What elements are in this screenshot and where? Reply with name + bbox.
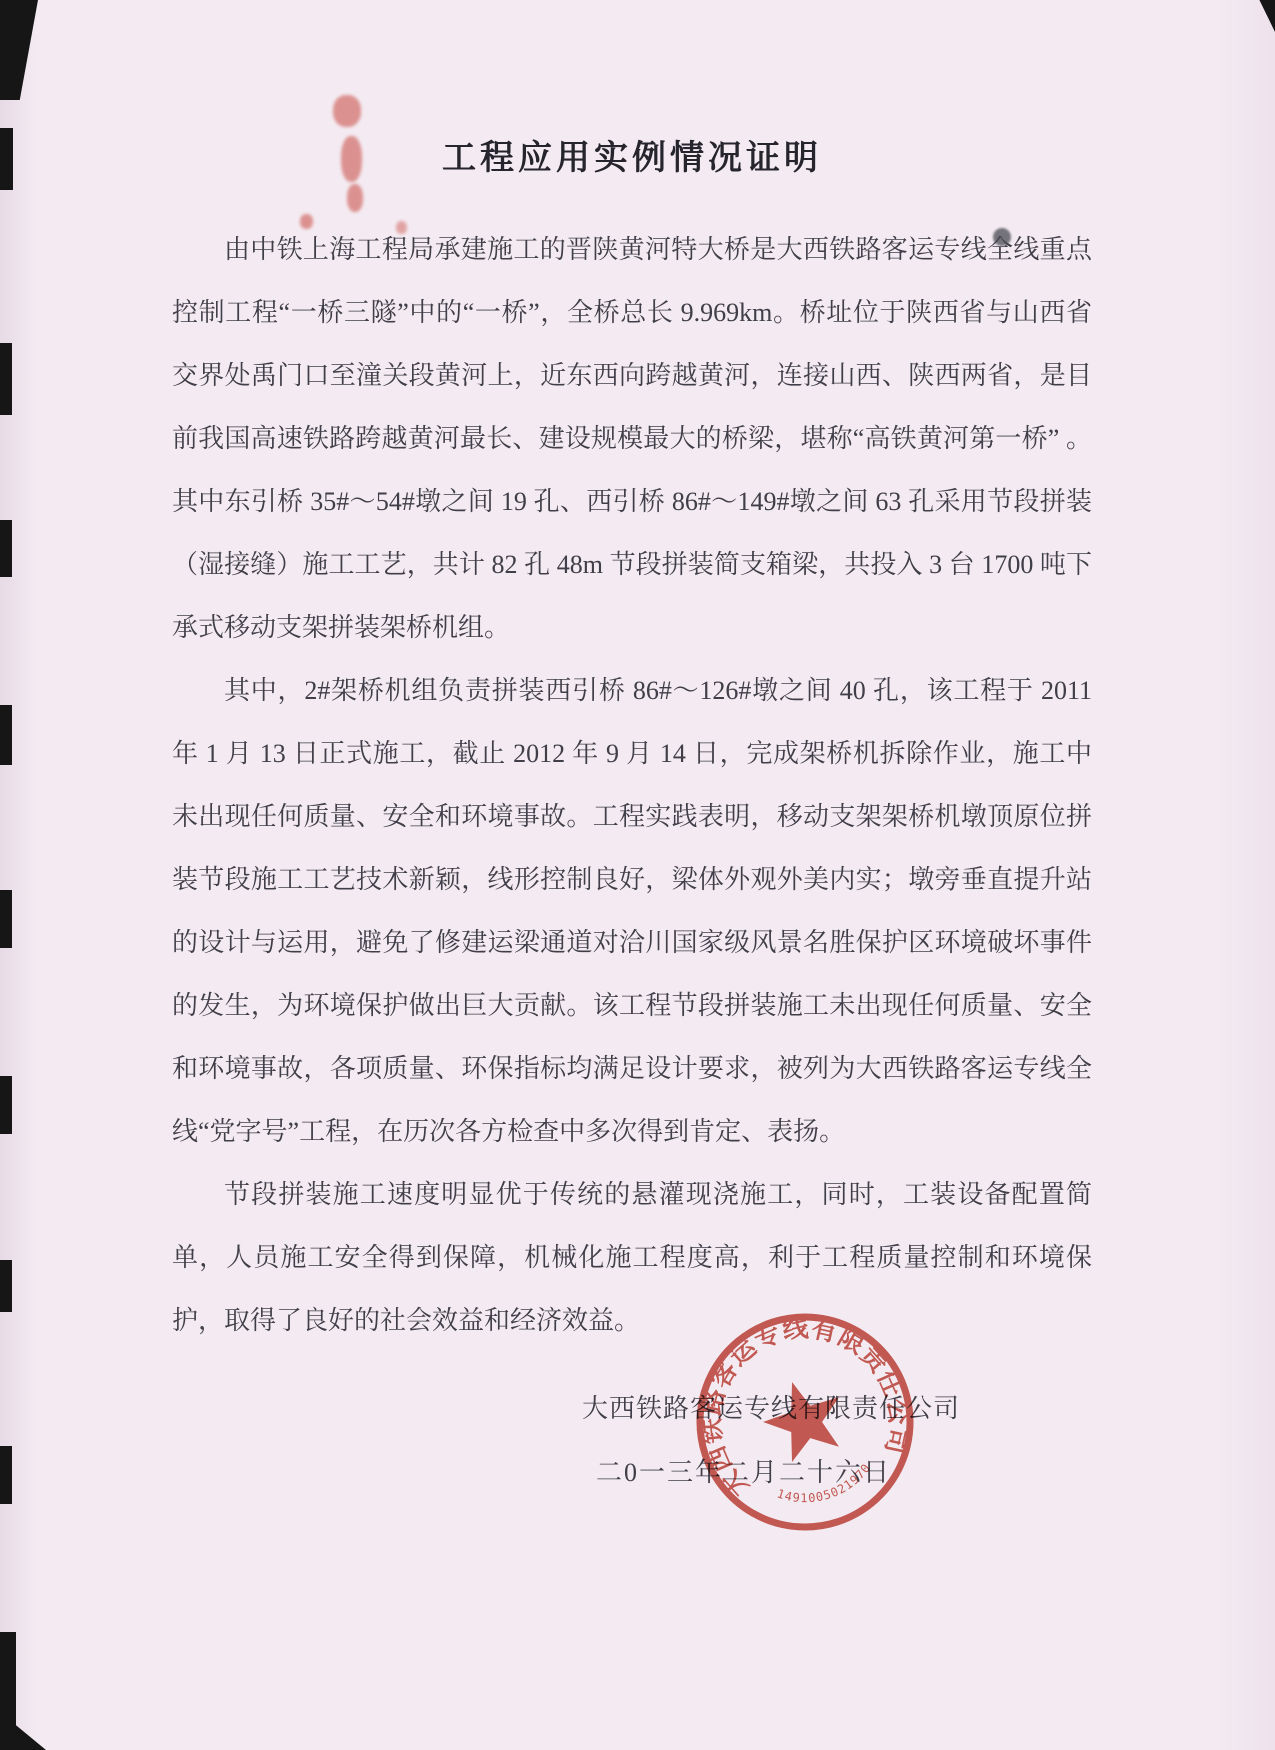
- scan-artifact-left-edge: [0, 1446, 12, 1504]
- scan-artifact-left-edge: [0, 1260, 12, 1312]
- document-body: 由中铁上海工程局承建施工的晋陕黄河特大桥是大西铁路客运专线全线重点控制工程“一桥…: [172, 218, 1092, 1352]
- stamp-smudge: [396, 221, 407, 234]
- seal-star-icon: [754, 1370, 853, 1467]
- ink-smudge: [993, 228, 1011, 246]
- stamp-smudge: [347, 184, 363, 212]
- stamp-smudge: [300, 214, 313, 229]
- paragraph-1: 由中铁上海工程局承建施工的晋陕黄河特大桥是大西铁路客运专线全线重点控制工程“一桥…: [172, 218, 1092, 659]
- scan-artifact-left-edge: [0, 890, 12, 948]
- document-title: 工程应用实例情况证明: [172, 130, 1092, 179]
- scan-artifact-corner-top-left: [0, 0, 38, 100]
- scan-artifact-left-edge: [0, 705, 12, 765]
- scan-artifact-left-edge: [0, 520, 12, 577]
- scanned-document-page: 工程应用实例情况证明 由中铁上海工程局承建施工的晋陕黄河特大桥是大西铁路客运专线…: [0, 0, 1275, 1750]
- scan-artifact-left-edge: [0, 128, 13, 190]
- scan-artifact-left-edge: [0, 343, 12, 415]
- stamp-smudge: [333, 95, 361, 127]
- scan-artifact-left-edge: [0, 1076, 12, 1134]
- scan-artifact-corner-top-right: [1256, 0, 1275, 32]
- stamp-smudge: [341, 136, 362, 182]
- paragraph-3: 节段拼装施工速度明显优于传统的悬灌现浇施工，同时，工装设备配置简单，人员施工安全…: [172, 1163, 1092, 1352]
- paragraph-2: 其中，2#架桥机组负责拼装西引桥 86#～126#墩之间 40 孔，该工程于 2…: [172, 659, 1092, 1163]
